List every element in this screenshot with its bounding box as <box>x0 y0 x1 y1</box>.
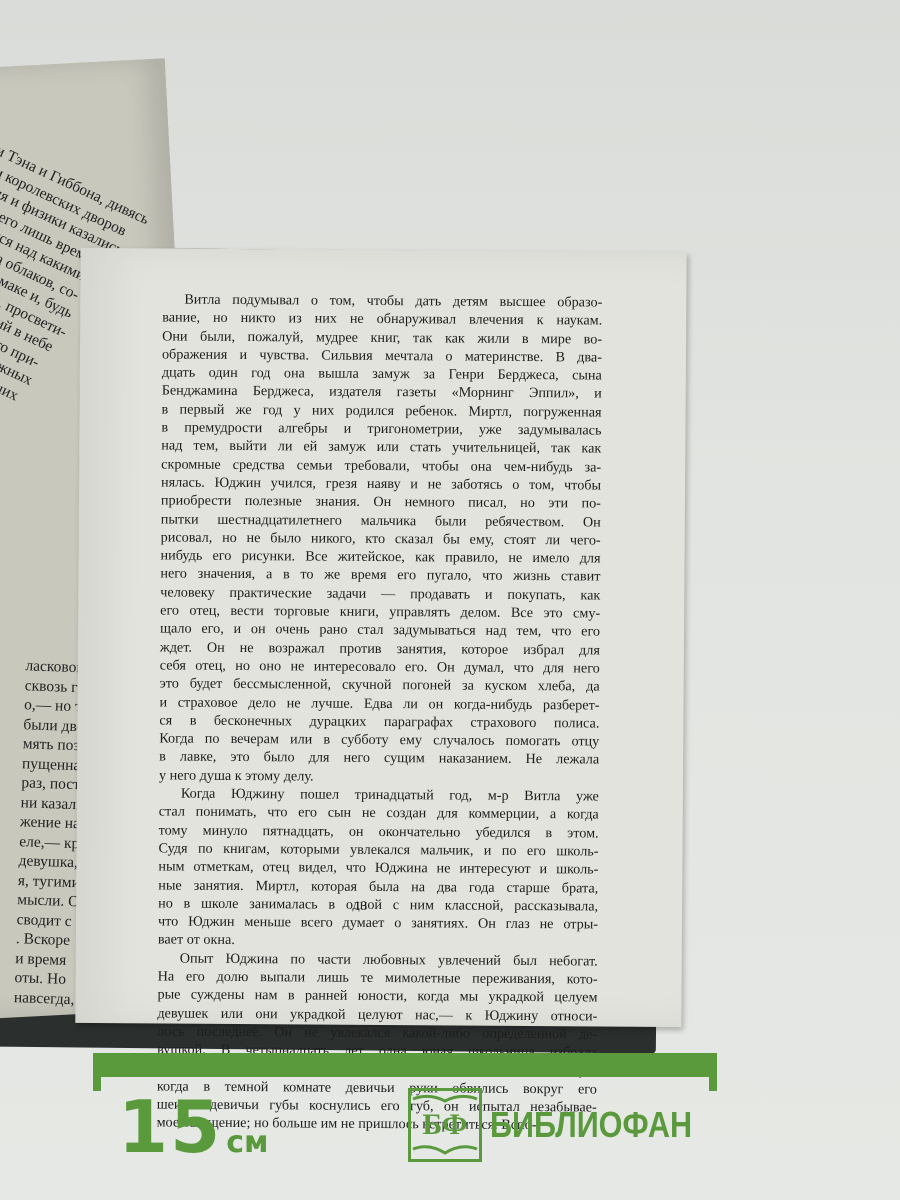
photo-scene: книги Тэна и Гиббона, дивясьих ими корол… <box>0 0 900 1200</box>
text-line: рые суждены нам в ранней юности, когда м… <box>157 986 597 1007</box>
right-page: Витла подумывал о том, чтобы дать детям … <box>75 248 686 1027</box>
brand-name: БИБЛИОФАН <box>490 1104 692 1146</box>
text-line: это будет бессмысленной, скучной погоней… <box>160 675 600 696</box>
page-body: Витла подумывал о том, чтобы дать детям … <box>157 290 603 1135</box>
page-number: 13 <box>354 898 367 914</box>
size-number: 15 <box>118 1085 222 1169</box>
size-unit: см <box>226 1125 268 1160</box>
size-label: 15см <box>118 1085 269 1169</box>
brand-logo: БФ БИБЛИОФАН <box>408 1088 728 1162</box>
ruler-bar <box>93 1053 717 1077</box>
open-book-icon: БФ <box>408 1088 482 1162</box>
text-line: ным отметкам, отец видел, что Юджина не … <box>158 858 598 879</box>
text-line: приобрести полезные знания. Он немного п… <box>161 492 601 513</box>
logo-letters: БФ <box>422 1108 467 1142</box>
